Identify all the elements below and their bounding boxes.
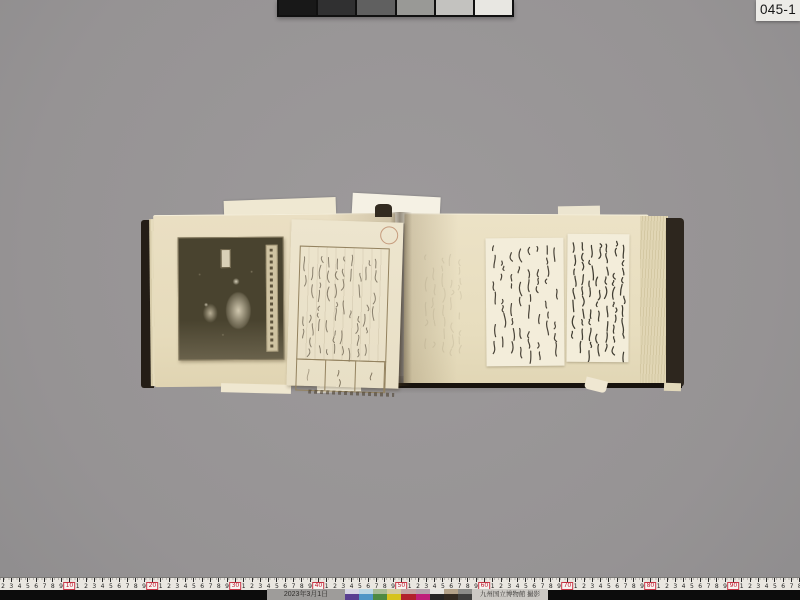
grayscale-patch	[279, 0, 316, 15]
color-patch-pair	[401, 589, 415, 600]
tick-mark	[758, 578, 759, 582]
color-patch-bottom	[401, 594, 415, 600]
tick-mark	[268, 578, 269, 582]
grayscale-patch	[475, 0, 512, 15]
tick-mark	[185, 578, 186, 582]
tick-mark	[409, 578, 410, 582]
color-patch-bottom	[373, 594, 387, 600]
tick-mark	[335, 578, 336, 582]
tick-mark	[442, 578, 443, 582]
tick-mark	[11, 578, 12, 582]
sketch-cell	[296, 360, 326, 391]
tick-mark	[783, 578, 784, 582]
tick-mark	[285, 578, 286, 582]
tick-mark	[517, 578, 518, 582]
sketch-strokes	[326, 360, 355, 391]
calligraphy-strokes	[566, 234, 629, 363]
manuscript-sheet-right	[566, 234, 629, 363]
tick-mark	[252, 578, 253, 582]
tick-mark	[61, 578, 62, 582]
tick-mark	[617, 578, 618, 582]
color-patch-pair	[430, 589, 444, 600]
tick-mark	[102, 578, 103, 582]
tick-mark	[193, 578, 194, 582]
tick-mark	[218, 578, 219, 582]
tick-mark	[476, 578, 477, 582]
tick-mark	[501, 578, 502, 582]
tick-mark	[343, 578, 344, 582]
tick-mark	[434, 578, 435, 582]
tick-mark	[393, 578, 394, 582]
loose-paper-edge	[221, 383, 291, 394]
pasted-print	[178, 237, 285, 361]
tick-mark	[243, 578, 244, 582]
color-patch-pair	[444, 589, 458, 600]
tick-mark	[708, 578, 709, 582]
tick-mark	[418, 578, 419, 582]
sketch-cell	[326, 360, 356, 391]
tick-mark	[276, 578, 277, 582]
tick-mark	[110, 578, 111, 582]
museum-credit-label: 九州国立博物館 撮影	[472, 589, 548, 600]
tick-mark	[741, 578, 742, 582]
tick-mark	[52, 578, 53, 582]
ruler-number: 10	[64, 582, 76, 590]
sketch-panel	[295, 358, 386, 393]
tick-mark	[791, 578, 792, 582]
bleedthrough-strokes	[420, 250, 466, 360]
tick-mark	[683, 578, 684, 582]
tick-mark	[94, 578, 95, 582]
color-patch-bottom	[359, 594, 373, 600]
tick-mark	[202, 578, 203, 582]
tick-mark	[293, 578, 294, 582]
tick-mark	[691, 578, 692, 582]
tick-mark	[3, 578, 4, 582]
fore-edge-page-stack	[640, 216, 668, 386]
clipping-border-box	[296, 246, 390, 363]
tick-mark	[86, 578, 87, 582]
color-patch-bottom	[345, 594, 359, 600]
color-patch-bottom	[458, 594, 472, 600]
ruler-number: 20	[147, 582, 159, 590]
tick-mark	[359, 578, 360, 582]
tick-mark	[77, 578, 78, 582]
archival-photo-stage: 045-1 234567891	[0, 0, 800, 600]
tick-mark	[144, 578, 145, 582]
tick-mark	[467, 578, 468, 582]
ruler-number: 90	[728, 582, 740, 590]
color-patch-bottom	[416, 594, 430, 600]
color-patch-bottom	[387, 594, 401, 600]
manuscript-sheet-left	[485, 238, 564, 367]
tick-mark	[667, 578, 668, 582]
color-patch-pair	[345, 589, 359, 600]
tick-mark	[160, 578, 161, 582]
color-calibration-bar	[345, 589, 472, 600]
sketch-strokes	[296, 360, 325, 391]
tick-mark	[36, 578, 37, 582]
tick-mark	[584, 578, 585, 582]
tick-mark	[27, 578, 28, 582]
ruler-number: 80	[645, 582, 657, 590]
tick-mark	[301, 578, 302, 582]
sketch-cell	[355, 361, 385, 392]
grayscale-patch	[436, 0, 473, 15]
tick-mark	[459, 578, 460, 582]
tick-mark	[177, 578, 178, 582]
tick-mark	[658, 578, 659, 582]
color-patch-pair	[416, 589, 430, 600]
tick-mark	[766, 578, 767, 582]
book-cover-bottom-edge	[392, 383, 682, 388]
tick-mark	[260, 578, 261, 582]
book-cover-right	[666, 218, 684, 387]
tick-mark	[550, 578, 551, 582]
grayscale-patch	[397, 0, 434, 15]
tick-mark	[44, 578, 45, 582]
tick-mark	[700, 578, 701, 582]
print-caption-strip	[266, 245, 279, 352]
tick-mark	[642, 578, 643, 582]
tick-mark	[384, 578, 385, 582]
grayscale-calibration-bar	[277, 0, 514, 17]
tick-mark	[135, 578, 136, 582]
tick-mark	[426, 578, 427, 582]
tick-mark	[559, 578, 560, 582]
tick-mark	[368, 578, 369, 582]
tick-mark	[774, 578, 775, 582]
tick-mark	[725, 578, 726, 582]
capture-date-label: 2023年3月1日	[267, 589, 345, 600]
tick-mark	[326, 578, 327, 582]
color-patch-pair	[359, 589, 373, 600]
bleedthrough-text	[420, 250, 466, 360]
tick-mark	[625, 578, 626, 582]
tick-mark	[716, 578, 717, 582]
tick-mark	[451, 578, 452, 582]
tick-mark	[592, 578, 593, 582]
tick-mark	[227, 578, 228, 582]
tick-mark	[492, 578, 493, 582]
color-patch-pair	[373, 589, 387, 600]
calligraphy-strokes	[485, 238, 564, 367]
tick-mark	[119, 578, 120, 582]
tick-mark	[509, 578, 510, 582]
tick-mark	[127, 578, 128, 582]
ruler-number: 70	[562, 582, 574, 590]
tick-mark	[525, 578, 526, 582]
tick-mark	[376, 578, 377, 582]
tick-mark	[608, 578, 609, 582]
grayscale-patch	[318, 0, 355, 15]
tick-mark	[351, 578, 352, 582]
tick-mark	[675, 578, 676, 582]
tick-mark	[600, 578, 601, 582]
print-inner-label	[220, 249, 230, 268]
color-patch-bottom	[430, 594, 444, 600]
tick-mark	[169, 578, 170, 582]
tick-mark	[534, 578, 535, 582]
tick-mark	[633, 578, 634, 582]
color-patch-bottom	[444, 594, 458, 600]
tick-mark	[19, 578, 20, 582]
color-patch-pair	[387, 589, 401, 600]
inserted-clipping-sheet	[286, 219, 403, 388]
color-patch-pair	[458, 589, 472, 600]
sketch-strokes	[355, 361, 384, 392]
tick-mark	[542, 578, 543, 582]
tick-mark	[750, 578, 751, 582]
grayscale-patch	[357, 0, 394, 15]
tick-mark	[575, 578, 576, 582]
tick-mark	[310, 578, 311, 582]
tick-mark	[210, 578, 211, 582]
cover-corner-paper	[664, 383, 681, 392]
ruler-number: 30	[230, 582, 242, 590]
photo-id-label: 045-1	[756, 0, 800, 21]
